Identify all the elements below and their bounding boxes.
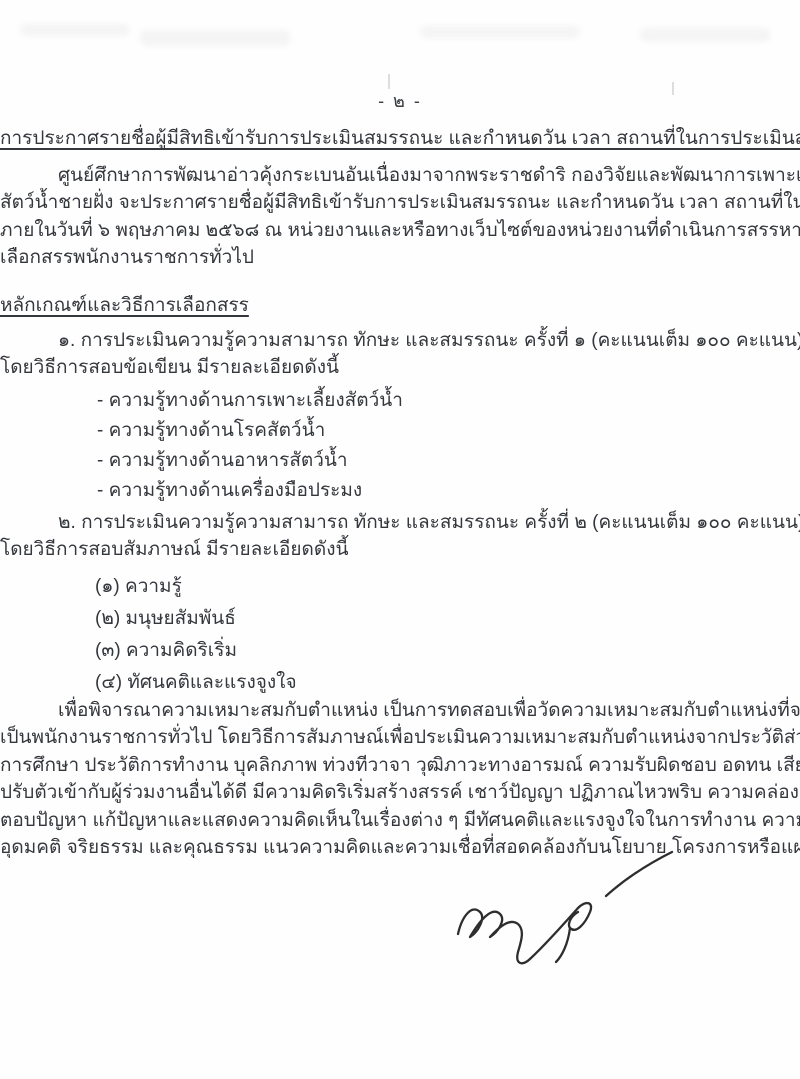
announcement-heading: การประกาศรายชื่อผู้มีสิทธิเข้ารับการประเ… <box>0 128 800 149</box>
interview-criteria-list: (๑) ความรู้ (๒) มนุษยสัมพันธ์ (๓) ความคิ… <box>0 571 800 699</box>
text-line: เพื่อพิจารณาความเหมาะสมกับตำแหน่ง เป็นกา… <box>0 697 800 724</box>
list-item: - ความรู้ทางด้านอาหารสัตว์น้ำ <box>0 446 800 476</box>
text-line: อุดมคติ จริยธรรม และคุณธรรม แนวความคิดแล… <box>0 834 800 861</box>
list-item: - ความรู้ทางด้านเครื่องมือประมง <box>0 476 800 506</box>
text-line: ปรับตัวเข้ากับผู้ร่วมงานอื่นได้ดี มีความ… <box>0 779 800 806</box>
scan-bleed-smudge <box>420 26 580 38</box>
assessment-1: ๑. การประเมินความรู้ความสามารถ ทักษะ และ… <box>0 327 800 382</box>
list-item: (๒) มนุษยสัมพันธ์ <box>0 603 800 635</box>
list-item: (๓) ความคิดริเริ่ม <box>0 635 800 667</box>
scan-bleed-smudge <box>640 28 770 42</box>
scan-bleed-smudge <box>140 30 290 46</box>
scanned-document-page: - ๒ - การประกาศรายชื่อผู้มีสิทธิเข้ารับก… <box>0 0 800 1079</box>
text-line: เลือกสรรพนักงานราชการทั่วไป <box>0 244 800 271</box>
text-line: ๒. การประเมินความรู้ความสามารถ ทักษะ และ… <box>0 509 800 536</box>
list-item: - ความรู้ทางด้านโรคสัตว์น้ำ <box>0 416 800 446</box>
text-line: การศึกษา ประวัติการทำงาน บุคลิกภาพ ท่วงท… <box>0 752 800 779</box>
written-exam-topic-list: - ความรู้ทางด้านการเพาะเลี้ยงสัตว์น้ำ - … <box>0 386 800 506</box>
text-line: สัตว์น้ำชายฝั่ง จะประกาศรายชื่อผู้มีสิทธ… <box>0 189 800 216</box>
announcement-paragraph: ศูนย์ศึกษาการพัฒนาอ่าวคุ้งกระเบนอันเนื่อ… <box>0 162 800 272</box>
list-item: (๔) ทัศนคติและแรงจูงใจ <box>0 667 800 699</box>
text-line: โดยวิธีการสอบข้อเขียน มีรายละเอียดดังนี้ <box>0 354 800 381</box>
text-line: โดยวิธีการสอบสัมภาษณ์ มีรายละเอียดดังนี้ <box>0 536 800 563</box>
list-item: - ความรู้ทางด้านการเพาะเลี้ยงสัตว์น้ำ <box>0 386 800 416</box>
text-line: ๑. การประเมินความรู้ความสามารถ ทักษะ และ… <box>0 327 800 354</box>
page-number: - ๒ - <box>0 86 800 115</box>
text-line: ตอบปัญหา แก้ปัญหาและแสดงความคิดเห็นในเรื… <box>0 807 800 834</box>
scan-bleed-smudge <box>20 24 130 36</box>
criteria-heading: หลักเกณฑ์และวิธีการเลือกสรร <box>0 295 249 316</box>
list-item: (๑) ความรู้ <box>0 571 800 603</box>
handwritten-signature-icon <box>428 840 678 995</box>
text-line: ศูนย์ศึกษาการพัฒนาอ่าวคุ้งกระเบนอันเนื่อ… <box>0 162 800 189</box>
text-line: ภายในวันที่ ๖ พฤษภาคม ๒๕๖๘ ณ หน่วยงานและ… <box>0 217 800 244</box>
assessment-2: ๒. การประเมินความรู้ความสามารถ ทักษะ และ… <box>0 509 800 564</box>
closing-paragraph: เพื่อพิจารณาความเหมาะสมกับตำแหน่ง เป็นกา… <box>0 697 800 861</box>
text-line: เป็นพนักงานราชการทั่วไป โดยวิธีการสัมภาษ… <box>0 724 800 751</box>
